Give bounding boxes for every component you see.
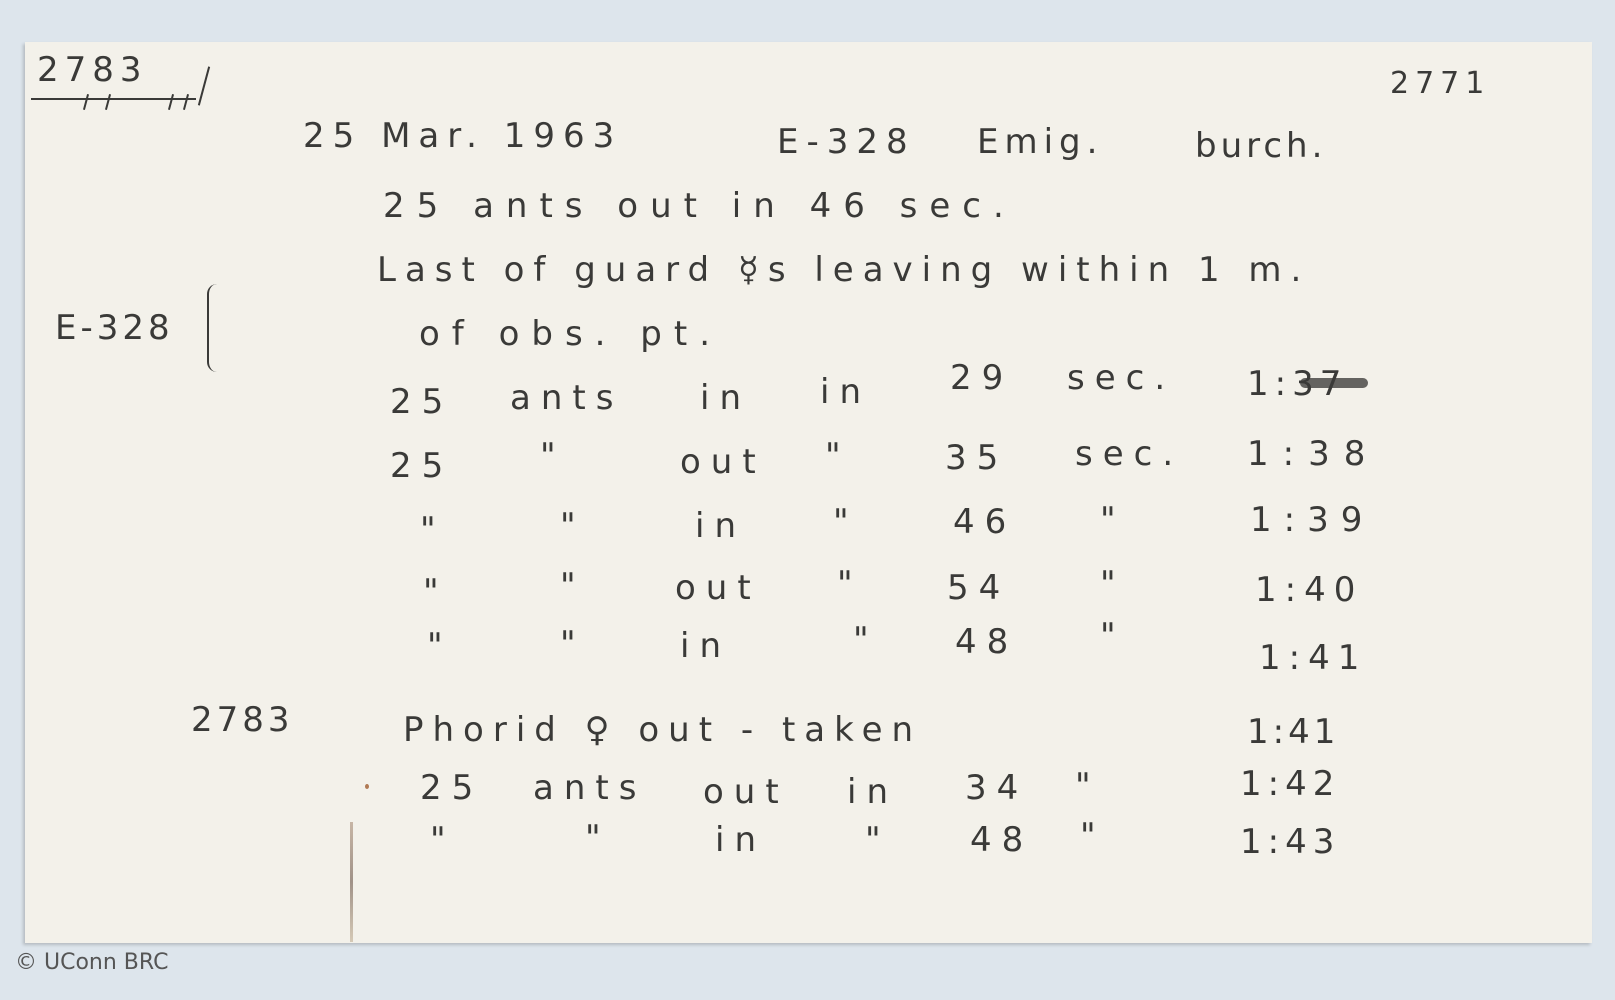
row-prep: " — [833, 502, 859, 542]
row-count: 25 — [420, 768, 483, 808]
row-time: 1:41 — [1259, 638, 1367, 678]
paper-stain-dot — [365, 784, 369, 789]
note-line-2: Last of guard ☿s leaving within 1 m. — [377, 250, 1310, 290]
header-species: Emig. — [977, 122, 1103, 162]
index-card: 2783 2771 25 Mar. 1963 E-328 Emig. burch… — [25, 42, 1592, 943]
row-prep: " — [853, 620, 879, 660]
row-count: " — [423, 572, 449, 612]
row-prep: in — [820, 372, 871, 412]
row-unit: " — [1080, 816, 1106, 856]
row-what: ants — [533, 768, 646, 808]
row-prep: " — [825, 436, 851, 476]
paper-stain — [350, 822, 353, 942]
row-secs: 34 — [965, 768, 1028, 808]
phorid-time: 1:41 — [1247, 712, 1339, 752]
row-unit: " — [1100, 616, 1126, 656]
phorid-note: Phorid ♀ out - taken — [403, 710, 922, 750]
row-what: " — [540, 436, 566, 476]
row-what: " — [560, 624, 586, 664]
row-time: 1:43 — [1240, 822, 1340, 862]
row-secs: 35 — [945, 438, 1008, 478]
row-secs: 46 — [953, 502, 1016, 542]
row-unit: " — [1075, 766, 1101, 806]
top-right-number: 2771 — [1390, 66, 1490, 101]
row-time: 1:37 — [1247, 364, 1347, 404]
row-dir: in — [715, 820, 766, 860]
row-what: ants — [510, 378, 623, 418]
header-collector: burch. — [1195, 126, 1326, 166]
row-secs: 54 — [947, 568, 1010, 608]
tally-mark — [168, 94, 174, 110]
brace-mark — [207, 284, 225, 372]
row-dir: in — [700, 378, 751, 418]
row-dir: in — [680, 626, 731, 666]
tally-mark — [198, 66, 210, 105]
row-what: " — [560, 506, 586, 546]
row-dir: out — [675, 568, 761, 608]
row-dir: out — [703, 772, 789, 812]
row-prep: in — [847, 772, 898, 812]
row-time: 1:42 — [1240, 764, 1340, 804]
note-line-1: 25 ants out in 46 sec. — [383, 186, 1016, 226]
header-colony: E-328 — [777, 122, 916, 162]
row-unit: sec. — [1067, 358, 1175, 398]
row-what: " — [585, 818, 611, 858]
row-time: 1:38 — [1247, 434, 1379, 474]
row-count: 25 — [390, 382, 453, 422]
row-secs: 48 — [970, 820, 1033, 860]
row-dir: out — [680, 442, 766, 482]
row-unit: sec. — [1075, 434, 1183, 474]
note-line-3: of obs. pt. — [419, 314, 722, 354]
header-date: 25 Mar. 1963 — [303, 116, 622, 156]
row-count: " — [427, 626, 453, 666]
row-prep: " — [837, 564, 863, 604]
tally-mark — [183, 94, 189, 110]
row-count: " — [430, 820, 456, 860]
row-prep: " — [865, 820, 891, 860]
row-unit: " — [1100, 564, 1126, 604]
row-unit: " — [1100, 500, 1126, 540]
tally-mark — [83, 94, 89, 110]
row-count: " — [420, 510, 446, 550]
row-time: 1:39 — [1250, 500, 1374, 540]
top-left-number: 2783 — [37, 50, 148, 90]
row-secs: 48 — [955, 622, 1018, 662]
copyright-notice: © UConn BRC — [15, 950, 168, 975]
row-what: " — [560, 566, 586, 606]
tally-mark — [105, 94, 111, 110]
row-dir: in — [695, 506, 746, 546]
row-secs: 29 — [950, 358, 1013, 398]
row-time: 1:40 — [1255, 570, 1363, 610]
side-label: E-328 — [55, 308, 174, 348]
phorid-specimen-number: 2783 — [191, 700, 294, 740]
row-count: 25 — [390, 446, 453, 486]
